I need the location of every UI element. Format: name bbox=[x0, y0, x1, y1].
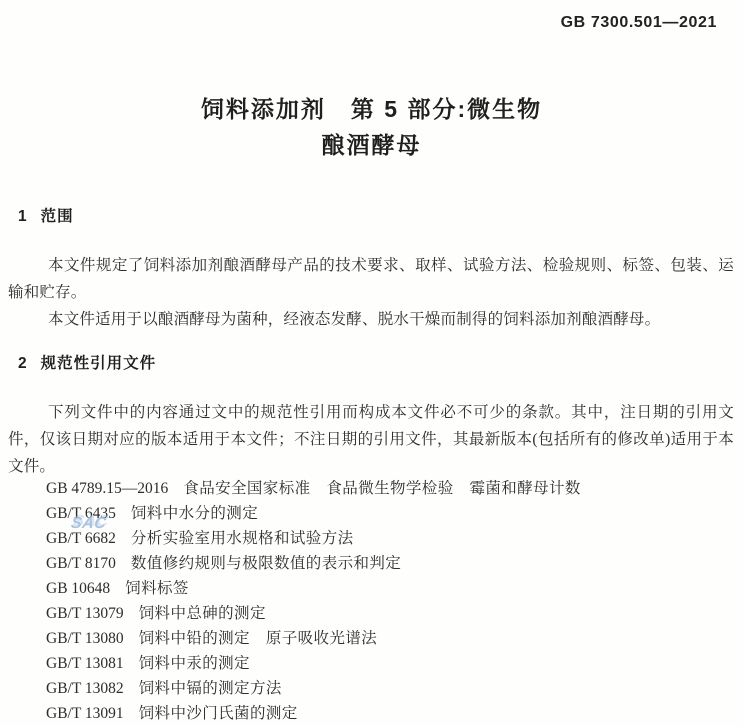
reference-item: GB/T 6682分析实验室用水规格和试验方法 bbox=[46, 526, 733, 551]
reference-item: GB/T 13091饲料中沙门氏菌的测定 bbox=[46, 701, 733, 726]
document-title-line1: 饲料添加剂 第 5 部分:微生物 bbox=[0, 91, 743, 127]
reference-code: GB 4789.15—2016 bbox=[46, 480, 168, 497]
reference-title: 饲料中水分的测定 bbox=[131, 505, 258, 522]
normative-references-list: GB 4789.15—2016食品安全国家标准 食品微生物学检验 霉菌和酵母计数… bbox=[46, 476, 733, 726]
standard-document-page: GB 7300.501—2021 饲料添加剂 第 5 部分:微生物 酿酒酵母 1… bbox=[0, 0, 743, 726]
standard-number: GB 7300.501—2021 bbox=[561, 13, 717, 33]
reference-item: GB/T 6435饲料中水分的测定 bbox=[46, 501, 733, 526]
reference-code: GB/T 13079 bbox=[46, 605, 124, 622]
reference-title: 饲料中镉的测定方法 bbox=[139, 680, 282, 697]
reference-code: GB/T 8170 bbox=[46, 555, 116, 572]
scope-paragraph-1: 本文件规定了饲料添加剂酿酒酵母产品的技术要求、取样、试验方法、检验规则、标签、包… bbox=[8, 252, 734, 306]
reference-title: 饲料中总砷的测定 bbox=[139, 605, 266, 622]
reference-title: 食品安全国家标准 食品微生物学检验 霉菌和酵母计数 bbox=[183, 480, 581, 497]
reference-item: GB 10648饲料标签 bbox=[46, 576, 733, 601]
section-1-title: 范围 bbox=[41, 208, 74, 225]
document-title-line2: 酿酒酵母 bbox=[0, 127, 743, 163]
reference-code: GB/T 13091 bbox=[46, 705, 124, 722]
document-title: 饲料添加剂 第 5 部分:微生物 酿酒酵母 bbox=[0, 91, 743, 163]
reference-item: GB/T 13079饲料中总砷的测定 bbox=[46, 601, 733, 626]
section-1-heading: 1范围 bbox=[18, 209, 74, 225]
reference-code: GB/T 6682 bbox=[46, 530, 116, 547]
section-2-heading: 2规范性引用文件 bbox=[18, 356, 156, 372]
reference-code: GB/T 13080 bbox=[46, 630, 124, 647]
reference-title: 数值修约规则与极限数值的表示和判定 bbox=[131, 555, 401, 572]
reference-code: GB/T 6435 bbox=[46, 505, 116, 522]
section-2-body: 下列文件中的内容通过文中的规范性引用而构成本文件必不可少的条款。其中，注日期的引… bbox=[8, 399, 734, 480]
normative-references-intro: 下列文件中的内容通过文中的规范性引用而构成本文件必不可少的条款。其中，注日期的引… bbox=[8, 399, 734, 480]
section-2-title: 规范性引用文件 bbox=[41, 355, 157, 372]
reference-item: GB/T 8170数值修约规则与极限数值的表示和判定 bbox=[46, 551, 733, 576]
scope-paragraph-2: 本文件适用于以酿酒酵母为菌种，经液态发酵、脱水干燥而制得的饲料添加剂酿酒酵母。 bbox=[8, 306, 734, 333]
reference-code: GB/T 13081 bbox=[46, 655, 124, 672]
reference-item: GB/T 13081饲料中汞的测定 bbox=[46, 651, 733, 676]
reference-title: 饲料中沙门氏菌的测定 bbox=[139, 705, 298, 722]
section-1-body: 本文件规定了饲料添加剂酿酒酵母产品的技术要求、取样、试验方法、检验规则、标签、包… bbox=[8, 252, 734, 333]
reference-item: GB/T 13080饲料中铅的测定 原子吸收光谱法 bbox=[46, 626, 733, 651]
reference-title: 饲料中汞的测定 bbox=[139, 655, 250, 672]
section-1-number: 1 bbox=[18, 208, 27, 225]
reference-item: GB 4789.15—2016食品安全国家标准 食品微生物学检验 霉菌和酵母计数 bbox=[46, 476, 733, 501]
reference-title: 饲料中铅的测定 原子吸收光谱法 bbox=[139, 630, 378, 647]
reference-code: GB/T 13082 bbox=[46, 680, 124, 697]
reference-title: 分析实验室用水规格和试验方法 bbox=[131, 530, 354, 547]
reference-code: GB 10648 bbox=[46, 580, 110, 597]
reference-title: 饲料标签 bbox=[125, 580, 189, 597]
section-2-number: 2 bbox=[18, 355, 27, 372]
reference-item: GB/T 13082饲料中镉的测定方法 bbox=[46, 676, 733, 701]
